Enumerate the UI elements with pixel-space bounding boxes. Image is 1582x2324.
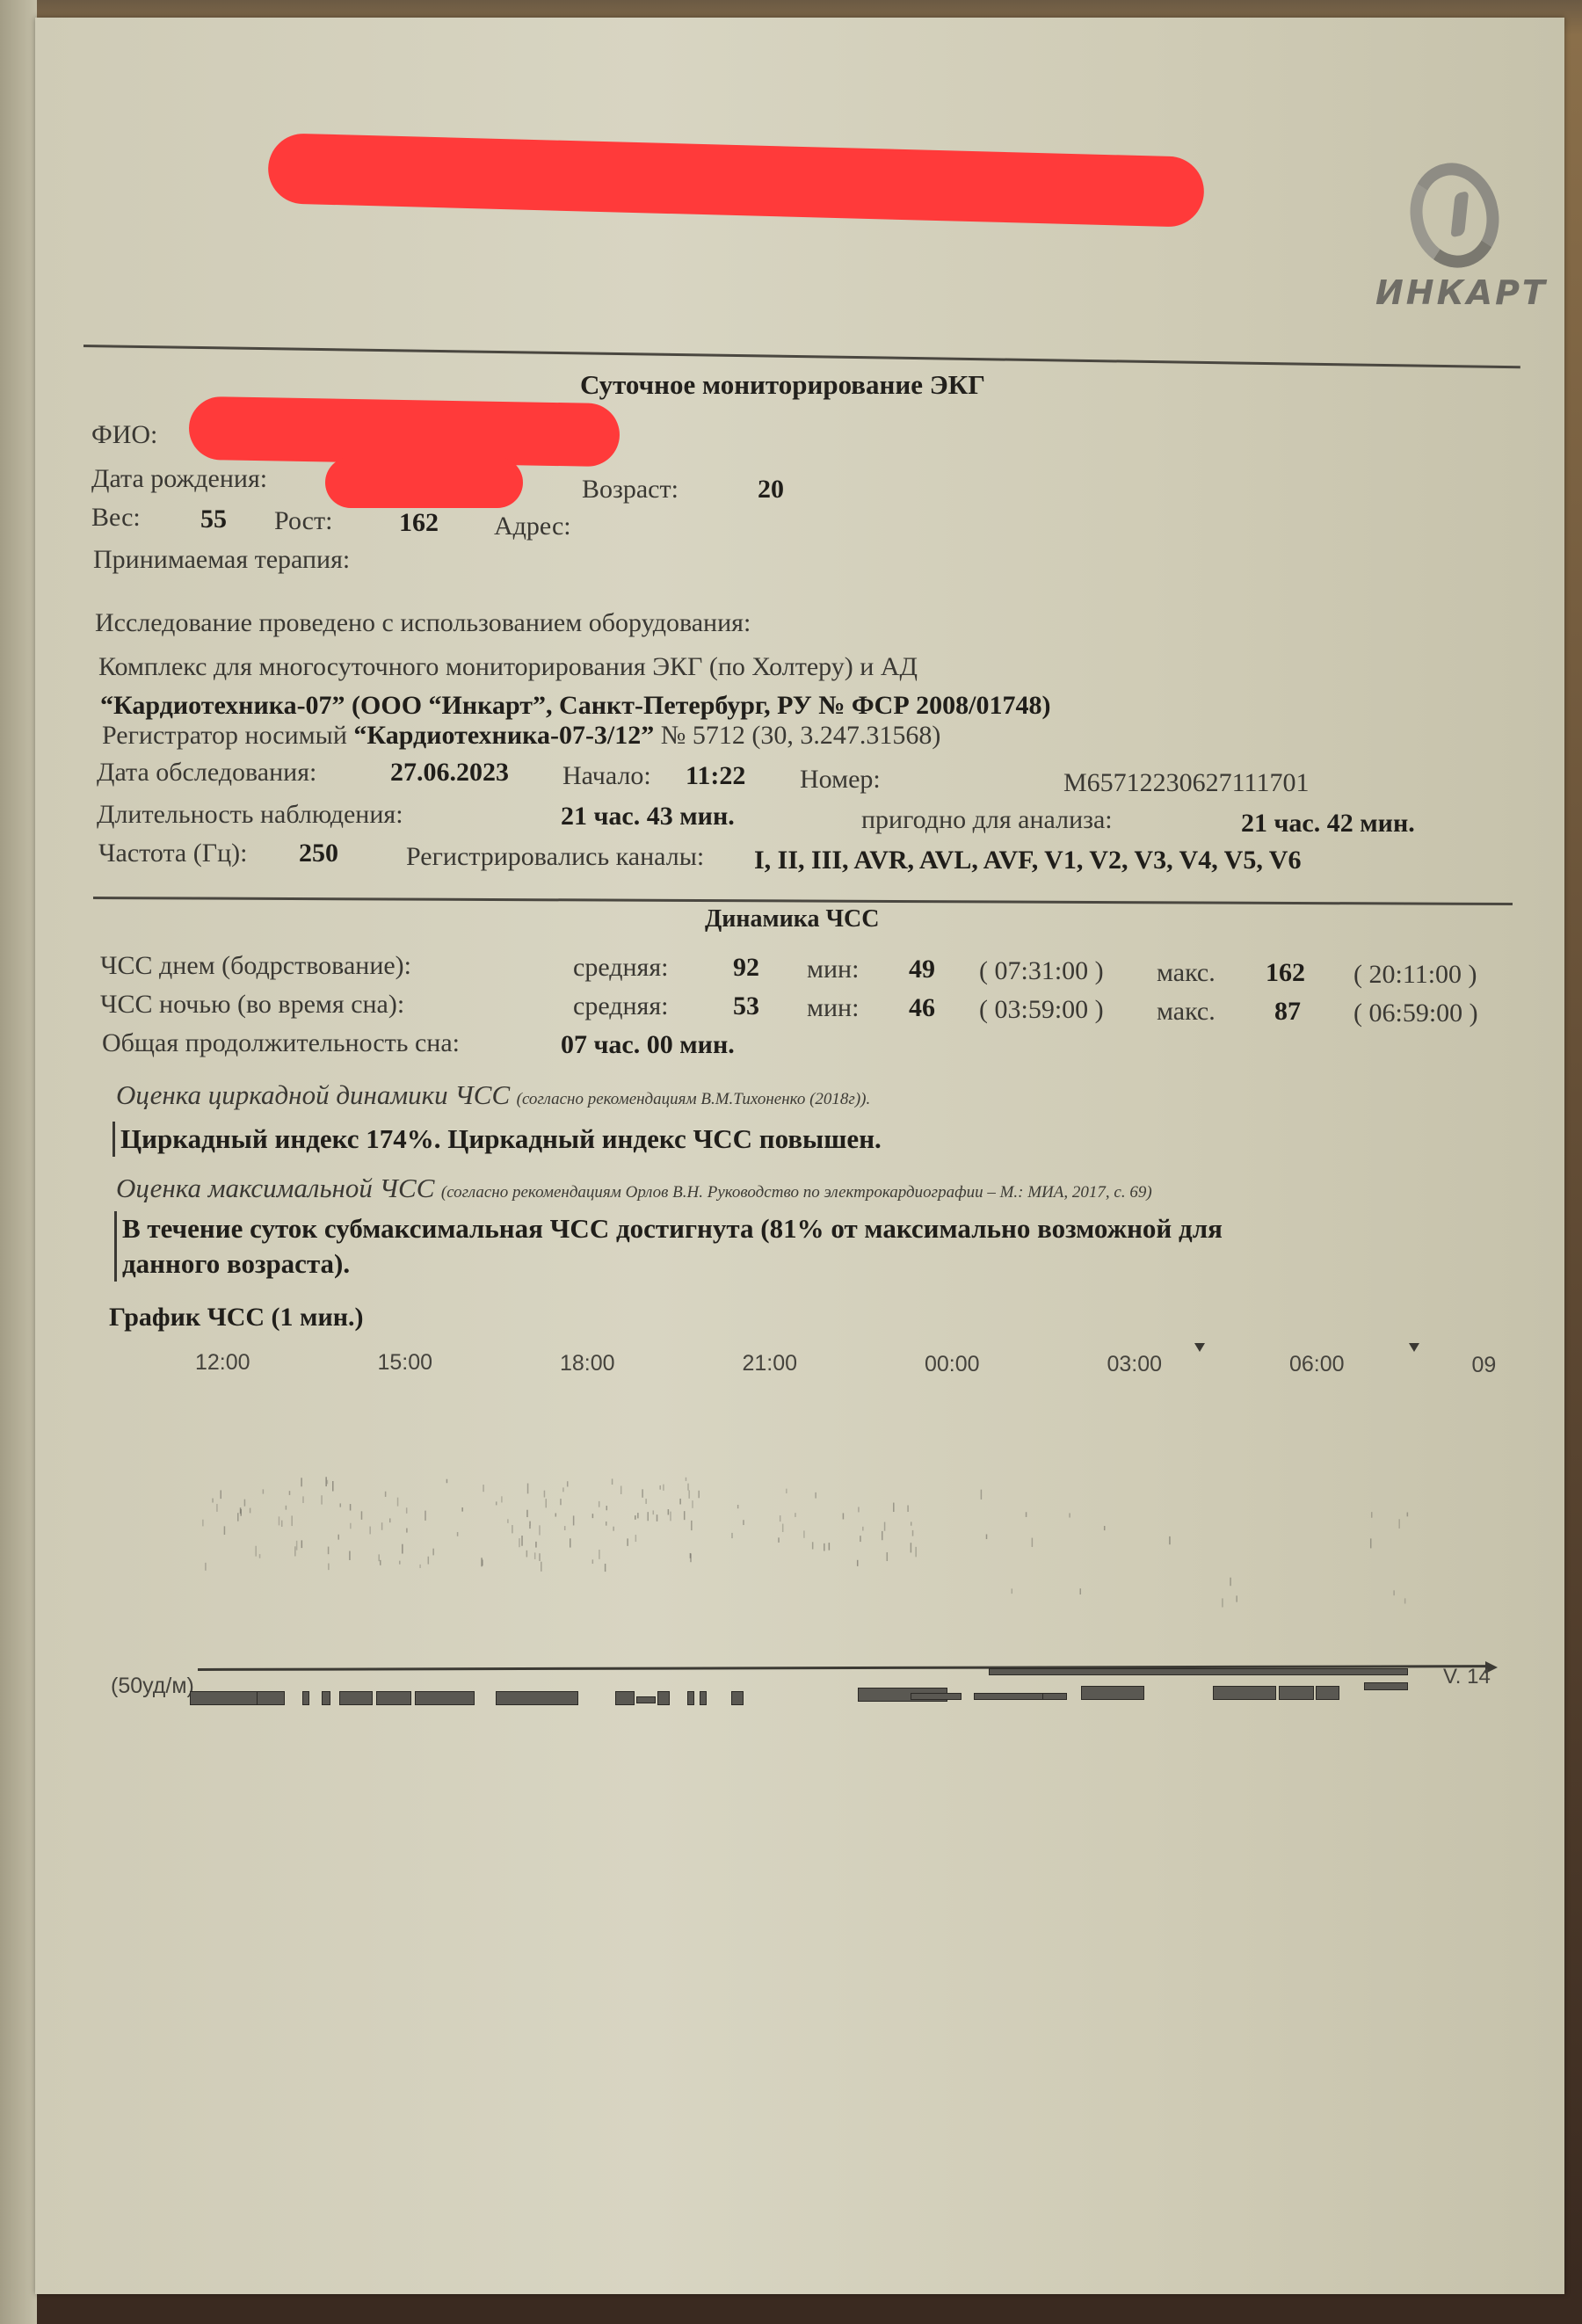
adjacent-page-edge bbox=[0, 0, 37, 2324]
equipment-device: “Кардиотехника-07” (ООО “Инкарт”, Санкт-… bbox=[100, 691, 1050, 721]
night-avg-label: средняя: bbox=[573, 991, 669, 1021]
recorder-model: “Кардиотехника-07-3/12” bbox=[353, 721, 654, 750]
address-label: Адрес: bbox=[494, 512, 571, 541]
exam-date-label: Дата обследования: bbox=[97, 758, 316, 788]
day-max-time: ( 20:11:00 ) bbox=[1353, 960, 1477, 990]
event-bar bbox=[1042, 1693, 1067, 1700]
duration-label: Длительность наблюдения: bbox=[97, 800, 403, 830]
recorder-label: Регистратор носимый bbox=[102, 721, 347, 750]
x-tick-label: 21:00 bbox=[743, 1351, 798, 1376]
night-avg-value: 53 bbox=[733, 991, 759, 1021]
night-max-value: 87 bbox=[1274, 997, 1301, 1027]
x-tick-label: 09 bbox=[1472, 1353, 1497, 1378]
y-scale-label: (50уд/м) bbox=[111, 1674, 194, 1699]
birth-label: Дата рождения: bbox=[91, 464, 267, 494]
event-bar bbox=[636, 1696, 656, 1703]
usable-value: 21 час. 42 мин. bbox=[1241, 809, 1415, 839]
event-bar bbox=[496, 1691, 578, 1705]
version-label: V. 14 bbox=[1443, 1665, 1491, 1689]
height-value: 162 bbox=[399, 508, 439, 538]
day-hr-label: ЧСС днем (бодрствование): bbox=[100, 951, 411, 981]
age-label: Возраст: bbox=[582, 475, 679, 505]
incart-logo: ИНКАРТ bbox=[1375, 163, 1534, 312]
night-min-label: мин: bbox=[807, 993, 859, 1023]
channels-value: I, II, III, AVR, AVL, AVF, V1, V2, V3, V… bbox=[754, 846, 1301, 875]
marker-triangle-icon bbox=[1409, 1343, 1419, 1352]
circadian-source: (согласно рекомендациям В.М.Тихоненко (2… bbox=[517, 1090, 871, 1108]
circadian-heading-line: Оценка циркадной динамики ЧСС (согласно … bbox=[116, 1079, 870, 1111]
x-tick-label: 00:00 bbox=[925, 1352, 980, 1377]
x-tick-label: 03:00 bbox=[1107, 1352, 1163, 1377]
logo-text: ИНКАРТ bbox=[1375, 273, 1534, 312]
frequency-label: Частота (Гц): bbox=[98, 839, 247, 868]
weight-label: Вес: bbox=[91, 503, 141, 533]
circadian-heading: Оценка циркадной динамики ЧСС bbox=[116, 1079, 510, 1110]
day-max-value: 162 bbox=[1266, 958, 1305, 988]
start-value: 11:22 bbox=[686, 761, 745, 791]
event-bar bbox=[989, 1668, 1408, 1675]
equipment-intro: Исследование проведено с использованием … bbox=[95, 608, 751, 638]
max-hr-conclusion-line2: данного возраста). bbox=[122, 1246, 1223, 1282]
redaction-birthdate bbox=[325, 457, 523, 508]
day-min-time: ( 07:31:00 ) bbox=[979, 956, 1104, 986]
event-bar bbox=[731, 1691, 744, 1705]
marker-triangle-icon bbox=[1194, 1343, 1205, 1352]
x-tick-label: 12:00 bbox=[195, 1350, 250, 1376]
weight-value: 55 bbox=[200, 505, 227, 534]
day-avg-value: 92 bbox=[733, 953, 759, 983]
duration-value: 21 час. 43 мин. bbox=[561, 802, 735, 832]
report-title: Суточное мониторирование ЭКГ bbox=[580, 369, 985, 401]
night-min-value: 46 bbox=[909, 993, 935, 1023]
recorder-number: № 5712 (30, 3.247.31568) bbox=[661, 721, 941, 750]
age-value: 20 bbox=[758, 475, 784, 505]
event-bar bbox=[1316, 1686, 1339, 1700]
event-bar bbox=[1081, 1686, 1144, 1700]
event-bar bbox=[1279, 1686, 1314, 1700]
exam-date-value: 27.06.2023 bbox=[390, 758, 509, 788]
night-min-time: ( 03:59:00 ) bbox=[979, 995, 1104, 1025]
event-bar bbox=[302, 1691, 309, 1705]
usable-label: пригодно для анализа: bbox=[861, 805, 1113, 835]
max-hr-conclusion: В течение суток субмаксимальная ЧСС дост… bbox=[114, 1211, 1223, 1282]
height-label: Рост: bbox=[274, 506, 332, 536]
event-bar bbox=[339, 1691, 373, 1705]
number-value: M65712230627111701 bbox=[1063, 768, 1309, 798]
event-bar bbox=[615, 1691, 635, 1705]
day-min-value: 49 bbox=[909, 955, 935, 984]
night-hr-label: ЧСС ночью (во время сна): bbox=[100, 990, 404, 1020]
event-bar bbox=[376, 1691, 411, 1705]
channels-label: Регистрировались каналы: bbox=[406, 842, 704, 872]
max-hr-heading-line: Оценка максимальной ЧСС (согласно рекоме… bbox=[116, 1173, 1152, 1204]
incart-logo-icon bbox=[1401, 155, 1509, 276]
number-label: Номер: bbox=[800, 765, 881, 795]
x-tick-label: 18:00 bbox=[560, 1351, 615, 1376]
circadian-conclusion: Циркадный индекс 174%. Циркадный индекс … bbox=[112, 1122, 882, 1157]
day-min-label: мин: bbox=[807, 955, 859, 984]
max-hr-source: (согласно рекомендациям Орлов В.Н. Руков… bbox=[441, 1183, 1152, 1202]
recorder-line: Регистратор носимый “Кардиотехника-07-3/… bbox=[102, 721, 940, 751]
therapy-label: Принимаемая терапия: bbox=[93, 545, 350, 575]
event-bar bbox=[700, 1691, 707, 1705]
day-avg-label: средняя: bbox=[573, 953, 669, 983]
max-hr-heading: Оценка максимальной ЧСС bbox=[116, 1173, 434, 1203]
x-tick-label: 15:00 bbox=[378, 1350, 433, 1376]
event-bar bbox=[415, 1691, 475, 1705]
sleep-value: 07 час. 00 мин. bbox=[561, 1030, 735, 1060]
x-tick-label: 06:00 bbox=[1289, 1352, 1345, 1377]
max-hr-conclusion-line1: В течение суток субмаксимальная ЧСС дост… bbox=[122, 1211, 1223, 1246]
event-bar bbox=[257, 1691, 285, 1705]
event-bar bbox=[1213, 1686, 1276, 1700]
hr-chart-plot bbox=[202, 1406, 1503, 1635]
event-bar bbox=[911, 1693, 962, 1700]
event-bar bbox=[657, 1691, 670, 1705]
equipment-complex: Комплекс для многосуточного мониторирова… bbox=[98, 652, 918, 682]
night-max-label: макс. bbox=[1157, 997, 1216, 1027]
name-label: ФИО: bbox=[91, 420, 157, 450]
event-bar bbox=[687, 1691, 694, 1705]
sleep-label: Общая продолжительность сна: bbox=[102, 1028, 460, 1058]
day-max-label: макс. bbox=[1157, 958, 1216, 988]
hr-dynamics-title: Динамика ЧСС bbox=[705, 905, 879, 933]
frequency-value: 250 bbox=[299, 839, 338, 868]
event-bar bbox=[322, 1691, 330, 1705]
hr-chart-title: График ЧСС (1 мин.) bbox=[109, 1303, 364, 1333]
start-label: Начало: bbox=[562, 761, 651, 791]
night-max-time: ( 06:59:00 ) bbox=[1353, 999, 1478, 1028]
event-bar bbox=[1364, 1682, 1408, 1690]
